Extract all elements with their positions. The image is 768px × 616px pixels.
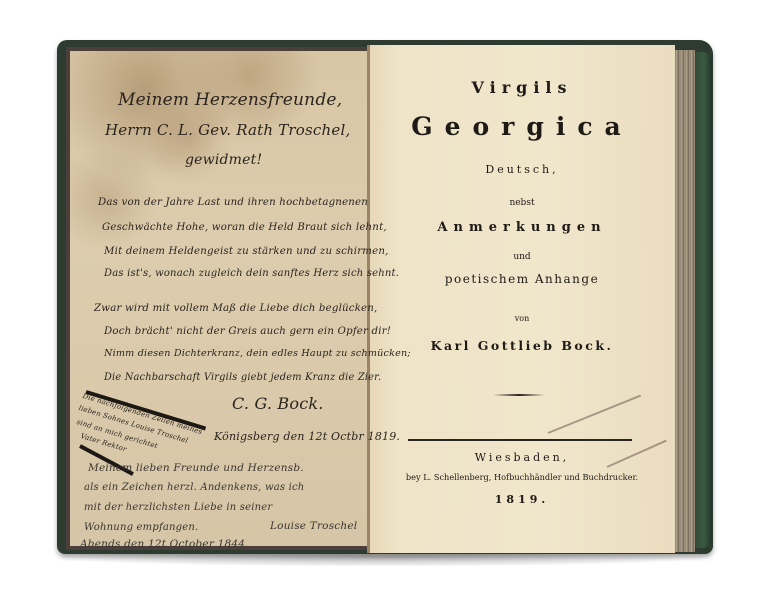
publisher: bey L. Schellenberg, Hofbuchhändler und … [369,472,675,482]
cover-edge [692,52,712,548]
year: 1819. [369,493,675,506]
later-line-4: Wohnung empfangen. [84,522,198,533]
author-name: Karl Gottlieb Bock. [369,338,675,353]
later-signature: Louise Troschel [270,520,357,532]
later-line-1: Meinem lieben Freunde und Herzensb. [88,462,304,474]
book-title: Georgica [369,112,675,141]
poem-line-8: Die Nachbarschaft Virgils giebt jedem Kr… [104,372,381,383]
decorative-rule-long [408,439,632,441]
dedication-line-1: Meinem Herzensfreunde, [118,90,342,110]
dedication-line-3: gewidmet! [185,152,262,168]
later-date: Abends den 12t October 1844. [80,538,249,550]
poem-line-1: Das von der Jahre Last und ihren hochbet… [98,197,368,208]
poem-line-4: Das ist's, wonach zugleich dein sanftes … [104,268,399,279]
poem-line-3: Mit deinem Heldengeist zu stärken und zu… [104,246,389,257]
connector-und: und [369,252,675,262]
decorative-rule-short [493,394,545,396]
subtitle-deutsch: Deutsch, [369,163,675,176]
city: Wiesbaden, [369,451,675,464]
connector-nebst: nebst [369,198,675,208]
poem-line-5: Zwar wird mit vollem Maß die Liebe dich … [94,303,378,314]
poem-line-6: Doch brächt' nicht der Greis auch gern e… [104,326,391,337]
notes-line: Anmerkungen [369,220,675,235]
place-date: Königsberg den 12t Octbr 1819. [214,430,400,443]
later-line-2: als ein Zeichen herzl. Andenkens, was ic… [84,482,304,493]
poem-line-2: Geschwächte Hohe, woran die Held Braut s… [102,222,387,233]
by-line: von [369,314,675,323]
page-edges [675,50,695,552]
dedication-line-2: Herrn C. L. Gev. Rath Troschel, [105,121,350,139]
poem-line-7: Nimm diesen Dichterkranz, dein edles Hau… [104,348,411,359]
signature: C. G. Bock. [232,394,324,413]
title-author-possessive: Virgils [369,78,675,97]
appendix-line: poetischem Anhange [369,272,675,286]
later-line-3: mit der herzlichsten Liebe in seiner [84,502,272,513]
